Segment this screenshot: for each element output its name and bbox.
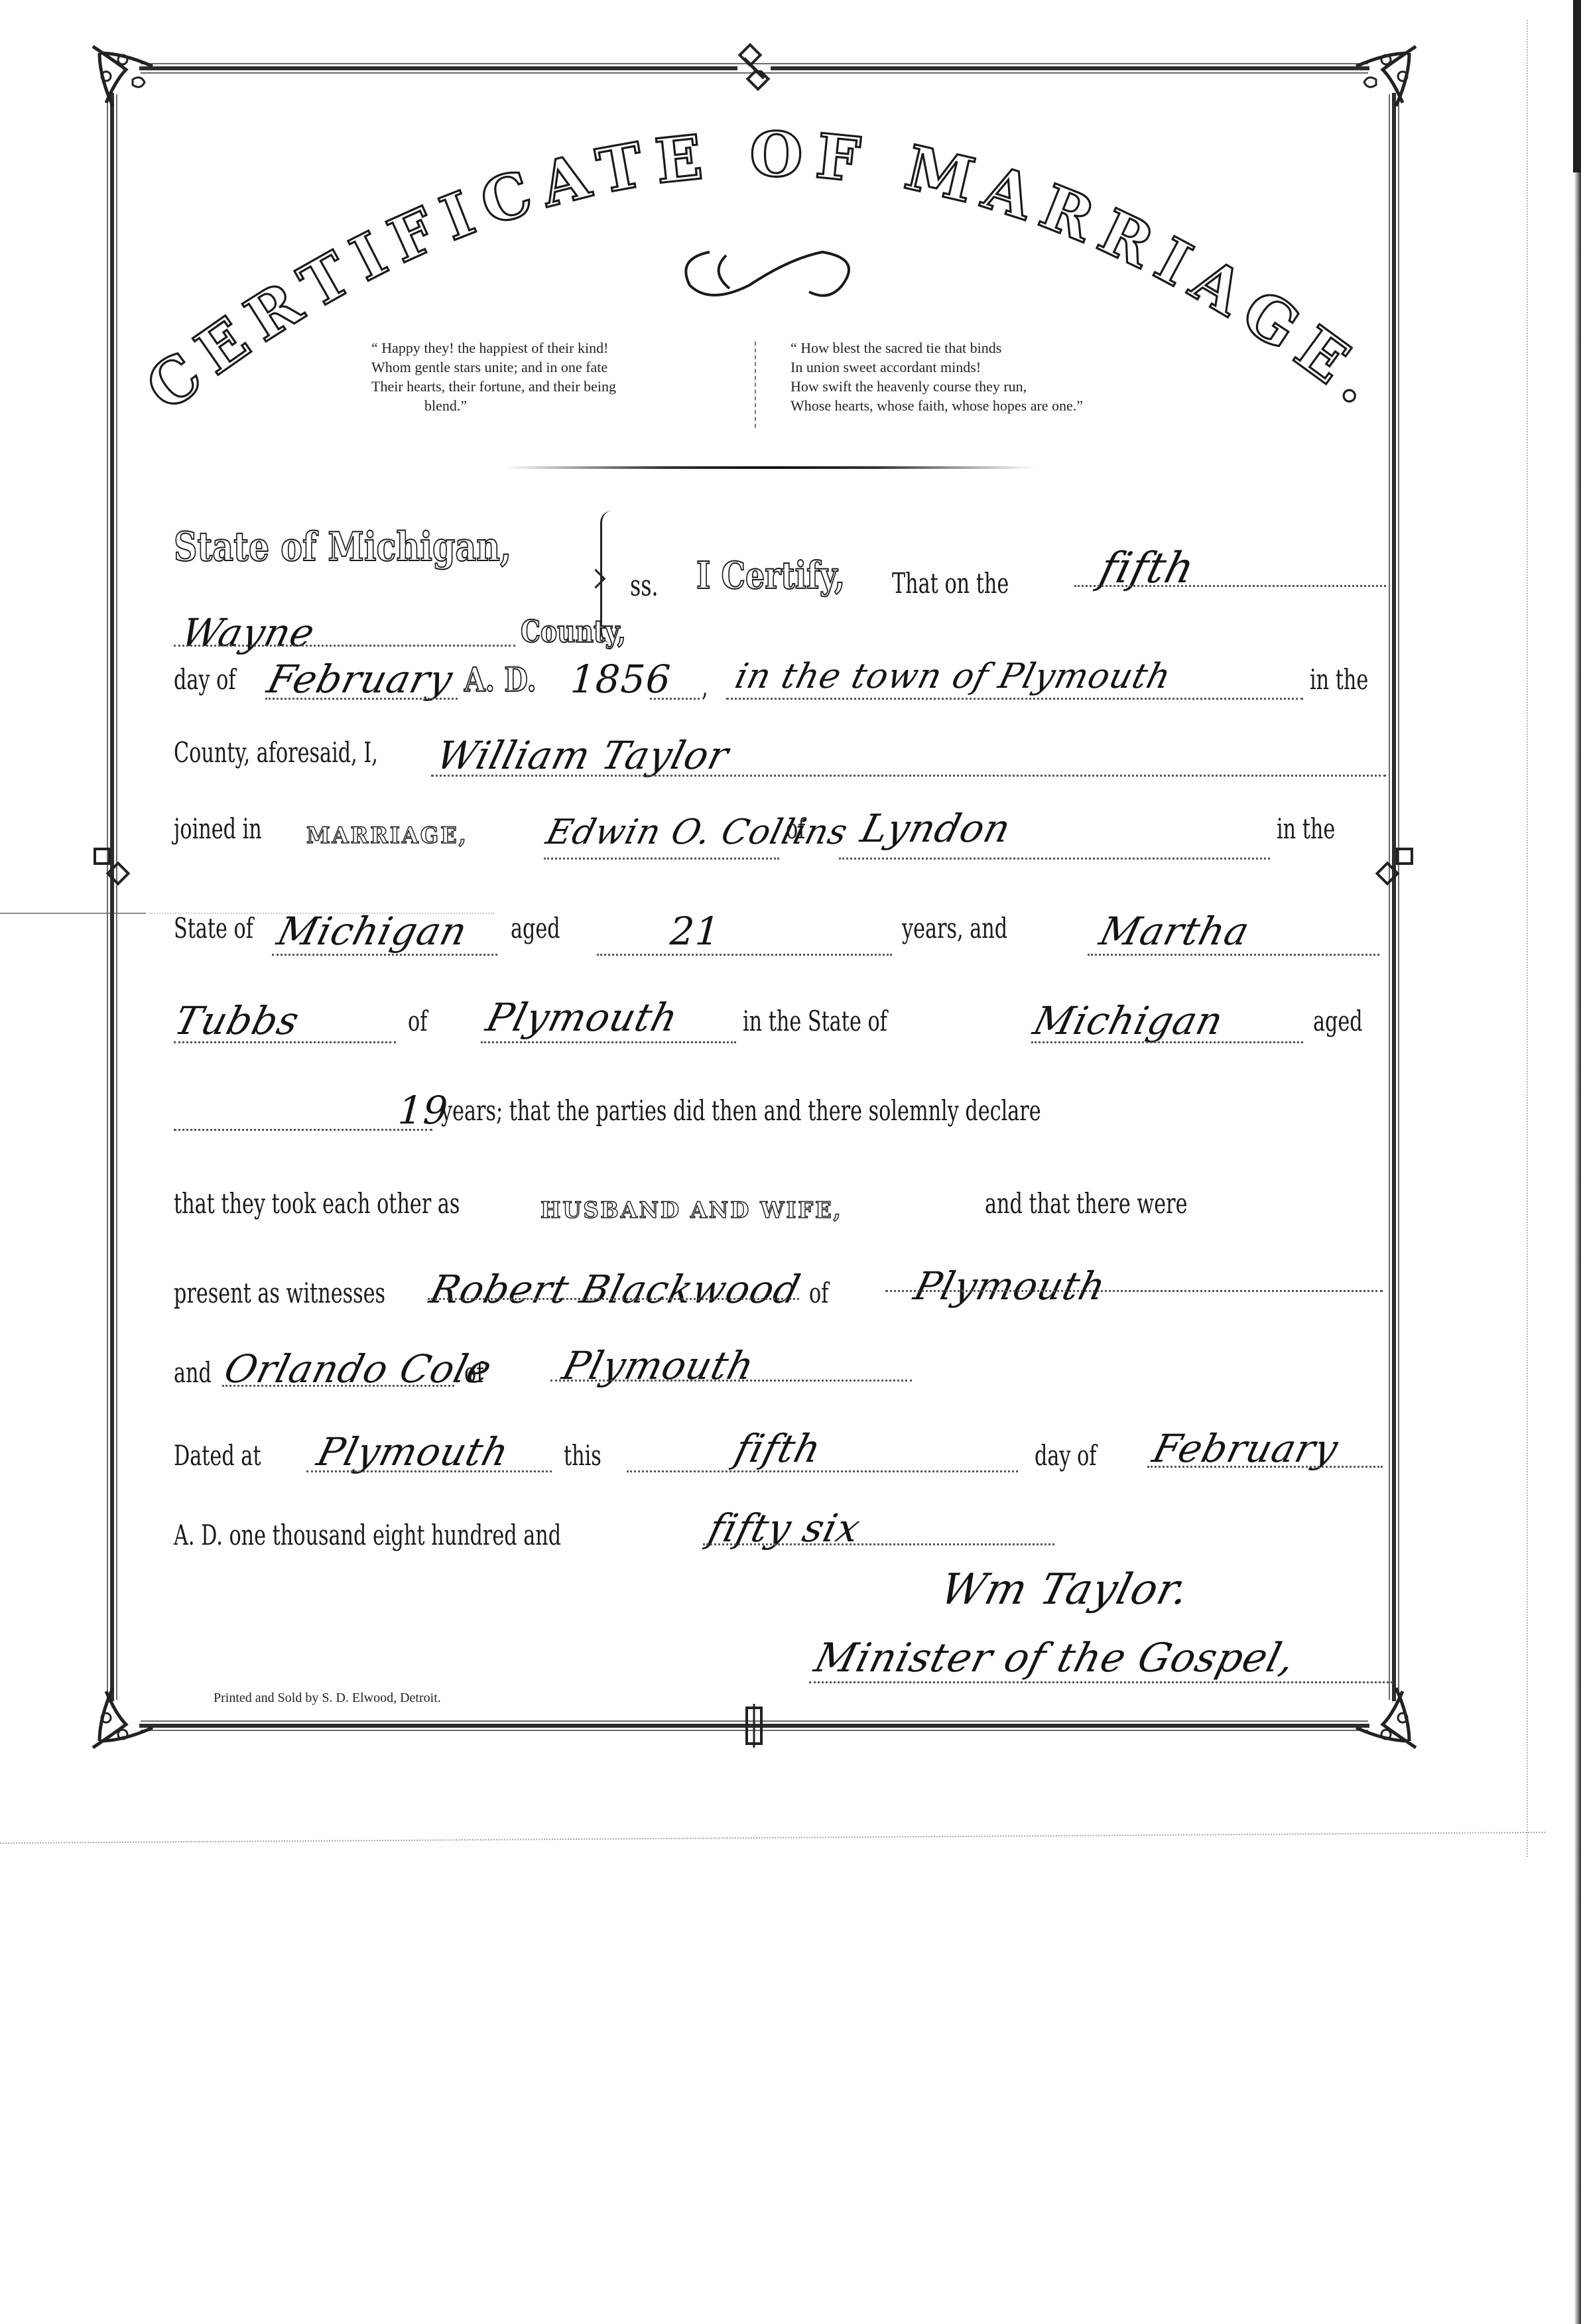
ad-label: A. D. xyxy=(464,660,537,699)
fill-line xyxy=(431,775,1386,777)
state-heading: State of Michigan, xyxy=(174,524,511,570)
month-field: February xyxy=(263,657,458,702)
county-field: Wayne xyxy=(177,610,320,655)
section-separator xyxy=(504,466,1035,469)
this-label: this xyxy=(564,1439,601,1472)
fill-line xyxy=(1147,1466,1383,1468)
poem-line: Their hearts, their fortune, and their b… xyxy=(371,377,716,396)
year-field: 1856 xyxy=(565,657,677,702)
groom-state-field: Michigan xyxy=(273,909,472,954)
scan-edge-dark-corner xyxy=(1573,0,1581,172)
fill-line xyxy=(174,1041,396,1043)
fill-line xyxy=(481,1041,736,1043)
poem-left: “ Happy they! the happiest of their kind… xyxy=(371,338,716,415)
poem-line: Whose hearts, whose faith, whose hopes a… xyxy=(790,396,1135,415)
officiant-field: William Taylor xyxy=(432,733,733,778)
declare-text: years; that the parties did then and the… xyxy=(441,1094,1041,1127)
fill-line xyxy=(222,1385,454,1387)
signature-line xyxy=(809,1681,1393,1683)
and-label: and xyxy=(174,1356,212,1389)
fill-line xyxy=(265,698,458,700)
of-label: of xyxy=(408,1005,427,1037)
scan-edge-shadow xyxy=(1574,0,1581,2324)
poem-line: blend.” xyxy=(371,396,716,415)
poem-right: “ How blest the sacred tie that binds In… xyxy=(790,338,1135,415)
groom-residence-field: Lyndon xyxy=(857,806,1016,851)
marriage-label: MARRIAGE, xyxy=(306,822,468,849)
fill-line xyxy=(1074,585,1386,587)
fill-line xyxy=(174,645,515,647)
poem-line: In union sweet accordant minds! xyxy=(790,357,1135,377)
day-of-label: day of xyxy=(1035,1439,1096,1472)
in-the-state-of-label: in the State of xyxy=(743,1005,887,1037)
fill-line xyxy=(839,858,1270,860)
location-field: in the town of Plymouth xyxy=(731,657,1176,696)
dated-month-field: February xyxy=(1149,1426,1344,1471)
county-label: County, xyxy=(521,613,626,649)
poem-line: “ Happy they! the happiest of their kind… xyxy=(371,338,716,357)
fill-line xyxy=(885,1290,1383,1292)
fill-line xyxy=(544,858,779,860)
witness-1-residence-field: Plymouth xyxy=(910,1263,1111,1309)
fill-line xyxy=(726,698,1303,700)
dated-place-field: Plymouth xyxy=(313,1429,514,1474)
year-comma: , xyxy=(702,670,708,702)
flourish-ornament-icon xyxy=(670,232,869,312)
bride-last-name-field: Tubbs xyxy=(170,998,304,1043)
of-label: of xyxy=(464,1356,483,1389)
joined-label: joined in xyxy=(174,812,262,845)
bride-state-field: Michigan xyxy=(1029,998,1228,1043)
officiant-title: Minister of the Gospel, xyxy=(810,1635,1300,1681)
state-of-label: State of xyxy=(174,912,253,944)
celtic-knot-icon xyxy=(731,45,777,92)
day-of-label: day of xyxy=(174,663,235,696)
border-left-rule xyxy=(110,93,114,1701)
in-the-label: in the xyxy=(1277,812,1335,845)
poem-line: How swift the heavenly course they run, xyxy=(790,377,1135,396)
of-label: of xyxy=(786,812,805,845)
flourish-corner-icon xyxy=(1350,1681,1423,1754)
bride-residence-field: Plymouth xyxy=(482,995,683,1040)
paper-edge-bottom xyxy=(0,1832,1545,1844)
took-text: that they took each other as xyxy=(174,1187,460,1220)
fill-line xyxy=(550,1380,912,1382)
fill-line xyxy=(428,1298,799,1300)
fill-line xyxy=(1088,954,1379,956)
officiant-signature: Wm Taylor. xyxy=(936,1565,1194,1614)
paper-edge-right xyxy=(1527,20,1528,1857)
fill-line xyxy=(1031,1041,1303,1043)
poem-line: “ How blest the sacred tie that binds xyxy=(790,338,1135,357)
celtic-knot-icon xyxy=(1372,842,1419,889)
in-the-label: in the xyxy=(1310,663,1368,696)
poem-divider xyxy=(755,342,756,428)
that-on-the-label: That on the xyxy=(892,567,1009,600)
of-label: of xyxy=(809,1277,828,1309)
celtic-knot-icon xyxy=(731,1703,777,1749)
certify-label: I Certify, xyxy=(696,554,845,598)
fill-line xyxy=(597,954,892,956)
husband-and-wife-label: HUSBAND AND WIFE, xyxy=(540,1197,843,1224)
fill-line xyxy=(627,1470,1018,1472)
fill-line xyxy=(650,698,700,700)
fill-line xyxy=(703,1543,1054,1545)
years-and-label: years, and xyxy=(902,912,1007,944)
groom-name-field: Edwin O. Collins xyxy=(542,812,852,852)
ss-label: ss. xyxy=(630,569,659,603)
fill-line xyxy=(272,954,497,956)
printer-imprint: Printed and Sold by S. D. Elwood, Detroi… xyxy=(214,1691,441,1706)
celtic-knot-icon xyxy=(88,842,135,889)
dated-day-field: fifth xyxy=(731,1426,826,1471)
dated-at-label: Dated at xyxy=(174,1439,261,1472)
poem-line: Whom gentle stars unite; and in one fate xyxy=(371,357,716,377)
witnesses-label: present as witnesses xyxy=(174,1277,385,1309)
bride-first-name-field: Martha xyxy=(1096,909,1255,954)
witness-1-name-field: Robert Blackwood xyxy=(426,1267,805,1312)
aged-label: aged xyxy=(511,912,560,944)
flourish-corner-icon xyxy=(86,1681,159,1754)
county-aforesaid-label: County, aforesaid, I, xyxy=(174,736,378,769)
year-words-label: A. D. one thousand eight hundred and xyxy=(174,1519,561,1551)
fill-line xyxy=(306,1470,552,1472)
were-text: and that there were xyxy=(985,1187,1188,1220)
aged-label: aged xyxy=(1313,1005,1363,1037)
